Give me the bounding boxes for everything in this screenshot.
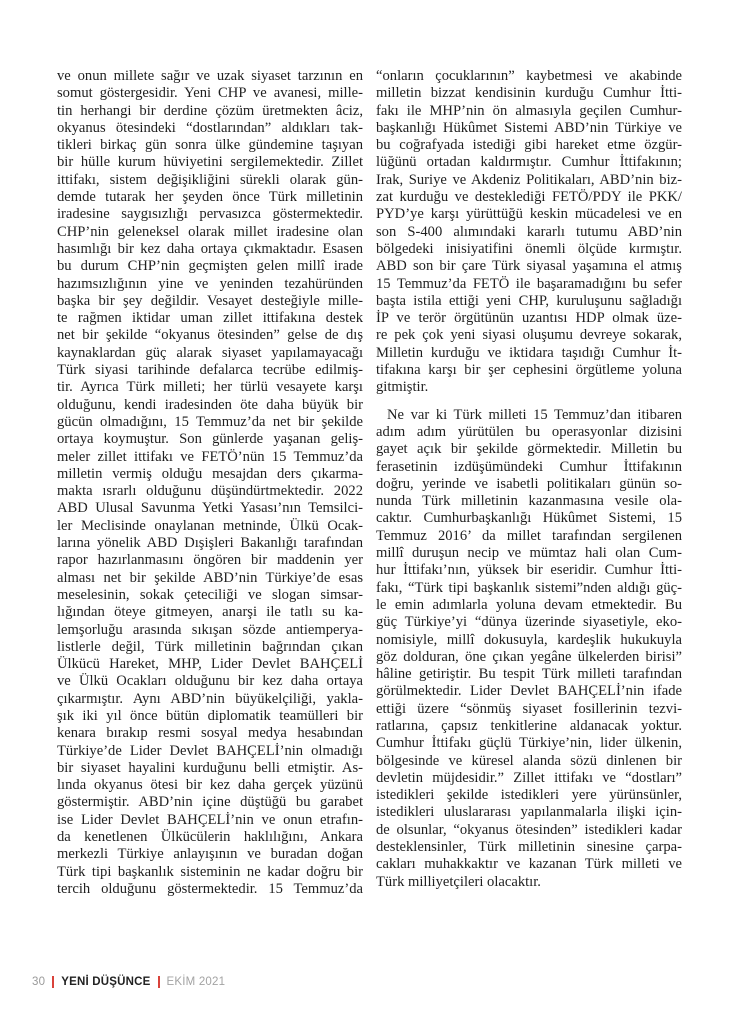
- text-line: Milletin kurduğu ve iktidara taşıdığı Cu…: [376, 345, 682, 362]
- text-line: fakı ile MHP’nin ön almasıyla geçilen Cu…: [376, 103, 682, 120]
- text-line: listlerle değil, Türk milletinin bağrınd…: [57, 639, 363, 656]
- text-line: Temmuz 2016’ da millet tarafından sergil…: [376, 528, 682, 545]
- text-line: istedikleri şekilde istedikleri yere yür…: [376, 787, 682, 804]
- text-line: olduğunu, kendi iradesinden öte daha büy…: [57, 397, 363, 414]
- text-line: son S-400 alımındaki kararlı tutumu ABD’…: [376, 224, 682, 241]
- text-line: ferasetinin izdüşümündeki Cumhur İttifak…: [376, 459, 682, 476]
- paragraph: Ne var ki Türk milleti 15 Temmuz’dan iti…: [376, 407, 682, 891]
- text-line: de olsunlar, “okyanus ötesinden” istedik…: [376, 822, 682, 839]
- text-line: bu durum CHP’nin geçmişten gelen millî i…: [57, 258, 363, 275]
- text-line: da kenetlenen Ülkücülerin haklılığını, A…: [57, 829, 363, 846]
- text-line: adım adım yürütülen bu operasyonlar dizi…: [376, 424, 682, 441]
- text-line: tin herhangi bir derdine çözüm üretmekte…: [57, 103, 363, 120]
- text-line: başka bir şey değildir. Vesayet desteğiy…: [57, 293, 363, 310]
- page-footer: 30 YENİ DÜŞÜNCE EKİM 2021: [32, 976, 225, 988]
- text-line: şık iki yıl önce bütün diplomatik teamül…: [57, 708, 363, 725]
- text-line: ve Ülkü Ocakları olduğunu bir kez daha o…: [57, 673, 363, 690]
- text-line: güç Türkiye’yi “dünya üzerinde siyasetiy…: [376, 614, 682, 631]
- text-line: bu coğrafyada istediği gibi hareket etme…: [376, 137, 682, 154]
- paragraph-gap: [376, 397, 682, 407]
- footer-separator: [158, 976, 160, 988]
- text-line: bir hülle kurum hüviyetini sergilemekted…: [57, 154, 363, 171]
- text-line: le emin adımlarla yoluna devam etmektedi…: [376, 597, 682, 614]
- text-line: alması net bir şekilde ABD’nin Türkiye’d…: [57, 570, 363, 587]
- text-line: gitmiştir.: [376, 379, 682, 396]
- text-line: lında okyanus ötesi bir kez daha gerçek …: [57, 777, 363, 794]
- text-line: te rağmen iktidar uman zillet ittifakına…: [57, 310, 363, 327]
- text-line: Cumhur İttifakı güçlü Türkiye’nin, lider…: [376, 735, 682, 752]
- text-line: lığından öteye gitmeyen, anarşi ile tatl…: [57, 604, 363, 621]
- text-line: milletin bizzat kendisinin kurduğu Cumhu…: [376, 85, 682, 102]
- text-line: lüğünü ortadan kaldırmıştır. Cumhur İtti…: [376, 154, 682, 171]
- text-line: ittifakı, sistem değişikliğini sürekli o…: [57, 172, 363, 189]
- right-column: “onların çocuklarının” kaybetmesi ve aka…: [376, 68, 682, 891]
- text-line: milletin vermiş olduğu mesajdan ders çık…: [57, 466, 363, 483]
- paragraph: ve onun millete sağır ve uzak siyaset ta…: [57, 68, 363, 898]
- text-line: millî duruşun necip ve mümtaz hali olan …: [376, 545, 682, 562]
- text-line: Türk milliyetçileri olacaktır.: [376, 874, 682, 891]
- text-line: makta ısrarlı olduğunu düşündürtmektedir…: [57, 483, 363, 500]
- text-line: fakı, “Türk tipi başkanlık sistemi”nden …: [376, 580, 682, 597]
- paragraph: “onların çocuklarının” kaybetmesi ve aka…: [376, 68, 682, 397]
- text-line: çıkarmıştır. Aynı ABD’nin büyükelçiliği,…: [57, 691, 363, 708]
- text-line: devletin müjdesidir.” Zillet ittifakı ve…: [376, 770, 682, 787]
- text-line: demde tutarak her şeyden önce Türk mille…: [57, 189, 363, 206]
- text-line: görülmektedir. Lider Devlet BAHÇELİ’nin …: [376, 683, 682, 700]
- text-line: tir. Ayrıca Türk milleti; her türlü vesa…: [57, 379, 363, 396]
- text-line: rapor hazırlanmasını öngören bir maddeni…: [57, 552, 363, 569]
- text-line: okyanus ötesindeki “dostlarından” aldıkl…: [57, 120, 363, 137]
- text-line: iradesine saygısızlığı pervasızca göster…: [57, 206, 363, 223]
- footer-separator: [52, 976, 54, 988]
- text-line: nomisiyle, millî dokusuyla, kardeşlik hu…: [376, 632, 682, 649]
- text-line: ortaya koymuştur. Son günlerde yaşanan g…: [57, 431, 363, 448]
- text-line: Irak, Suriye ve Akdeniz Politikaları, AB…: [376, 172, 682, 189]
- text-line: ABD son bir çare Türk siyasal yaşamına e…: [376, 258, 682, 275]
- magazine-title: YENİ DÜŞÜNCE: [61, 976, 150, 988]
- magazine-page: ve onun millete sağır ve uzak siyaset ta…: [0, 0, 734, 1024]
- text-line: re pek çok yeni siyasi oluşumu devreye s…: [376, 327, 682, 344]
- issue-date: EKİM 2021: [167, 976, 226, 988]
- text-line: CHP’nin geleneksel olarak millet iradesi…: [57, 224, 363, 241]
- text-line: Türkiye’de Lider Devlet BAHÇELİ’nin olma…: [57, 743, 363, 760]
- text-line: doğru, yerinde ve isabetli politikaları …: [376, 476, 682, 493]
- text-line: hasımlığı bir kez daha ortaya çıkmaktadı…: [57, 241, 363, 258]
- text-line: bölgedeki inisiyatifini önemli ölçüde kı…: [376, 241, 682, 258]
- text-line: bir siyaset hayalini kurduğunu belli etm…: [57, 760, 363, 777]
- text-line: Ülkücü Hareket, MHP, Lider Devlet BAHÇEL…: [57, 656, 363, 673]
- text-line: meselesinin, sokak çeteciliği ve slogan …: [57, 587, 363, 604]
- text-line: kaynaklardan güç alarak siyaset yapılama…: [57, 345, 363, 362]
- text-line: hâline getiriştir. Bu tespit Türk millet…: [376, 666, 682, 683]
- left-column: ve onun millete sağır ve uzak siyaset ta…: [57, 68, 363, 898]
- text-line: göstermiştir. ABD’nin içine düştüğü bu g…: [57, 794, 363, 811]
- text-line: kenara bırakıp resmi sosyal medya hesabı…: [57, 725, 363, 742]
- text-line: “onların çocuklarının” kaybetmesi ve aka…: [376, 68, 682, 85]
- text-line: net bir şekilde “okyanus ötesinden” gels…: [57, 327, 363, 344]
- text-line: başta istila ettiği yeni CHP, kuruluşunu…: [376, 293, 682, 310]
- text-line: ettiği üzere “sönmüş siyaset fosillerini…: [376, 701, 682, 718]
- text-line: tercih olduğunu göstermektedir. 15 Temmu…: [57, 881, 363, 898]
- text-line: Ne var ki Türk milleti 15 Temmuz’dan iti…: [376, 407, 682, 424]
- text-line: ratlarına, çapsız tenkitlerine aldanacak…: [376, 718, 682, 735]
- text-line: Türk siyasi tarihinde defalarca tecrübe …: [57, 362, 363, 379]
- text-line: tifakına karşı bir şer cephesini örgütle…: [376, 362, 682, 379]
- text-line: gücün olmadığını, 15 Temmuz’da net bir ş…: [57, 414, 363, 431]
- text-line: İP ve terör örgütünün uzantısı HDP olmak…: [376, 310, 682, 327]
- text-line: larına yönelik ABD Dışişleri Bakanlığı t…: [57, 535, 363, 552]
- text-line: cakları muhakkaktır ve kazanan Türk mill…: [376, 856, 682, 873]
- text-line: merkezli Türkiye anlayışının ve buradan …: [57, 846, 363, 863]
- text-line: istedikleri uluslararası yapılanmalarla …: [376, 804, 682, 821]
- text-line: nunda Türk milletinin kazanmasına vesile…: [376, 493, 682, 510]
- text-line: başkanlığı Hükûmet Sistemi ABD’nin Türki…: [376, 120, 682, 137]
- text-line: lemşorluğu arasında sıkışan sözde antiem…: [57, 622, 363, 639]
- text-line: tikleri birkaç gün sonra ülke gündemine …: [57, 137, 363, 154]
- text-line: hur İttifakı’nın, yüksek bir eseridir. C…: [376, 562, 682, 579]
- text-line: göz dolduran, öne çıkan yegâne ülkelerde…: [376, 649, 682, 666]
- page-number: 30: [32, 976, 45, 988]
- text-line: meler zillet ittifakı ve FETÖ’nün 15 Tem…: [57, 449, 363, 466]
- text-line: Türk tipi başkanlık sisteminin ne kadar …: [57, 864, 363, 881]
- text-line: ve onun millete sağır ve uzak siyaset ta…: [57, 68, 363, 85]
- text-line: PYD’ye karşı yürüttüğü keskin mücadelesi…: [376, 206, 682, 223]
- text-line: zat kurduğu ve desteklediği FETÖ/PDY ile…: [376, 189, 682, 206]
- text-line: ler Meclisinde onaylanan metninde, Ülkü …: [57, 518, 363, 535]
- text-line: caktır. Cumhurbaşkanlığı Hükûmet Sistemi…: [376, 510, 682, 527]
- text-line: gayet açık bir şekilde görmektedir. Mill…: [376, 441, 682, 458]
- text-line: 15 Temmuz’da FETÖ ile başaramadığını bu …: [376, 276, 682, 293]
- text-line: somut göstergesidir. Yeni CHP ve avanesi…: [57, 85, 363, 102]
- text-line: ise Lider Devlet BAHÇELİ’nin ve onun etr…: [57, 812, 363, 829]
- text-line: bölgesinde ve küresel alanda sözü dinlen…: [376, 753, 682, 770]
- text-line: desteklensinler, Türk milletinin sinesin…: [376, 839, 682, 856]
- text-line: hazımsızlığının yine ve yeninden tezahür…: [57, 276, 363, 293]
- text-line: ABD Ulusal Savunma Yetki Yasası’nın Tems…: [57, 500, 363, 517]
